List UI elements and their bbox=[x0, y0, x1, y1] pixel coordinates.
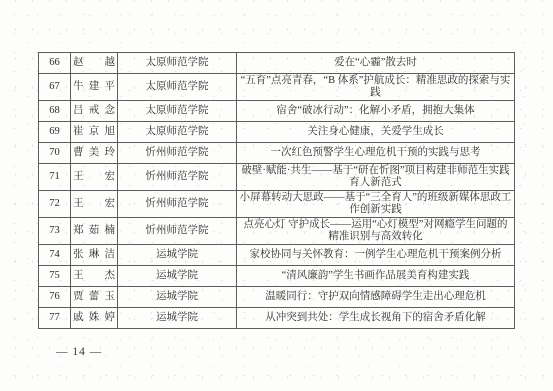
cell-title: 温暖同行：守护双向情感障碍学生走出心理危机 bbox=[237, 287, 515, 308]
cell-title: 破壁·赋能·共生——基于“研在忻图”项目构建非师范生实践育人新范式 bbox=[237, 164, 515, 191]
cell-title: “清风廉韵”学生书画作品展美育构建实践 bbox=[237, 266, 515, 287]
cell-number: 67 bbox=[39, 74, 71, 101]
cell-institution: 运城学院 bbox=[118, 308, 237, 329]
cell-title: 从冲突到共处：学生成长视角下的宿舍矛盾化解 bbox=[237, 308, 515, 329]
table-row: 71王宏忻州师范学院破壁·赋能·共生——基于“研在忻图”项目构建非师范生实践育人… bbox=[39, 164, 515, 191]
page-number: — 14 — bbox=[56, 346, 102, 358]
cell-institution: 运城学院 bbox=[118, 287, 237, 308]
cell-number: 72 bbox=[39, 191, 71, 218]
cell-institution: 忻州师范学院 bbox=[118, 191, 237, 218]
table-row: 72王宏忻州师范学院小屏幕转动大思政——基于“三全育人”的班级新媒体思政工作创新… bbox=[39, 191, 515, 218]
cell-institution: 忻州师范学院 bbox=[118, 218, 237, 245]
cell-number: 71 bbox=[39, 164, 71, 191]
table-row: 66赵越太原师范学院爱在“心霾”散去时 bbox=[39, 53, 515, 74]
cell-number: 70 bbox=[39, 143, 71, 164]
cell-name: 曹美玲 bbox=[71, 143, 118, 164]
cell-institution: 运城学院 bbox=[118, 245, 237, 266]
cell-number: 69 bbox=[39, 122, 71, 143]
table-row: 74张琳洁运城学院家校协同与关怀教育：一例学生心理危机干预案例分析 bbox=[39, 245, 515, 266]
cell-name: 牛建平 bbox=[71, 74, 118, 101]
awards-table: 66赵越太原师范学院爱在“心霾”散去时67牛建平太原师范学院“五育”点亮青春，“… bbox=[38, 52, 515, 329]
cell-title: 家校协同与关怀教育：一例学生心理危机干预案例分析 bbox=[237, 245, 515, 266]
cell-institution: 太原师范学院 bbox=[118, 74, 237, 101]
table-row: 76贾蕾玉运城学院温暖同行：守护双向情感障碍学生走出心理危机 bbox=[39, 287, 515, 308]
table-row: 67牛建平太原师范学院“五育”点亮青春，“B 体系”护航成长：精准思政的探索与实… bbox=[39, 74, 515, 101]
cell-title: 宿舍“破冰行动”：化解小矛盾，拥抱大集体 bbox=[237, 101, 515, 122]
cell-institution: 太原师范学院 bbox=[118, 101, 237, 122]
cell-number: 68 bbox=[39, 101, 71, 122]
cell-institution: 太原师范学院 bbox=[118, 122, 237, 143]
cell-name: 崔京旭 bbox=[71, 122, 118, 143]
cell-number: 73 bbox=[39, 218, 71, 245]
cell-number: 76 bbox=[39, 287, 71, 308]
cell-title: “五育”点亮青春，“B 体系”护航成长：精准思政的探索与实践 bbox=[237, 74, 515, 101]
awards-table-body: 66赵越太原师范学院爱在“心霾”散去时67牛建平太原师范学院“五育”点亮青春，“… bbox=[39, 53, 515, 329]
document-page: 66赵越太原师范学院爱在“心霾”散去时67牛建平太原师范学院“五育”点亮青春，“… bbox=[0, 0, 553, 391]
cell-institution: 忻州师范学院 bbox=[118, 164, 237, 191]
cell-name: 郑茹楠 bbox=[71, 218, 118, 245]
cell-institution: 太原师范学院 bbox=[118, 53, 237, 74]
cell-number: 77 bbox=[39, 308, 71, 329]
cell-title: 爱在“心霾”散去时 bbox=[237, 53, 515, 74]
cell-institution: 运城学院 bbox=[118, 266, 237, 287]
table-row: 70曹美玲忻州师范学院一次红色预警学生心理危机干预的实践与思考 bbox=[39, 143, 515, 164]
cell-number: 75 bbox=[39, 266, 71, 287]
cell-name: 张琳洁 bbox=[71, 245, 118, 266]
cell-name: 贾蕾玉 bbox=[71, 287, 118, 308]
cell-title: 一次红色预警学生心理危机干预的实践与思考 bbox=[237, 143, 515, 164]
table-row: 73郑茹楠忻州师范学院点亮心灯 守护成长——运用“心灯模型”对网瘾学生问题的精准… bbox=[39, 218, 515, 245]
table-row: 69崔京旭太原师范学院关注身心健康，关爱学生成长 bbox=[39, 122, 515, 143]
cell-name: 王宏 bbox=[71, 191, 118, 218]
table-row: 68吕戒念太原师范学院宿舍“破冰行动”：化解小矛盾，拥抱大集体 bbox=[39, 101, 515, 122]
cell-name: 戚姝婷 bbox=[71, 308, 118, 329]
table-row: 77戚姝婷运城学院从冲突到共处：学生成长视角下的宿舍矛盾化解 bbox=[39, 308, 515, 329]
cell-title: 关注身心健康，关爱学生成长 bbox=[237, 122, 515, 143]
cell-name: 王杰 bbox=[71, 266, 118, 287]
cell-title: 小屏幕转动大思政——基于“三全育人”的班级新媒体思政工作创新实践 bbox=[237, 191, 515, 218]
cell-number: 66 bbox=[39, 53, 71, 74]
cell-title: 点亮心灯 守护成长——运用“心灯模型”对网瘾学生问题的精准识别与高效转化 bbox=[237, 218, 515, 245]
cell-name: 吕戒念 bbox=[71, 101, 118, 122]
cell-number: 74 bbox=[39, 245, 71, 266]
table-row: 75王杰运城学院“清风廉韵”学生书画作品展美育构建实践 bbox=[39, 266, 515, 287]
cell-name: 赵越 bbox=[71, 53, 118, 74]
cell-institution: 忻州师范学院 bbox=[118, 143, 237, 164]
cell-name: 王宏 bbox=[71, 164, 118, 191]
